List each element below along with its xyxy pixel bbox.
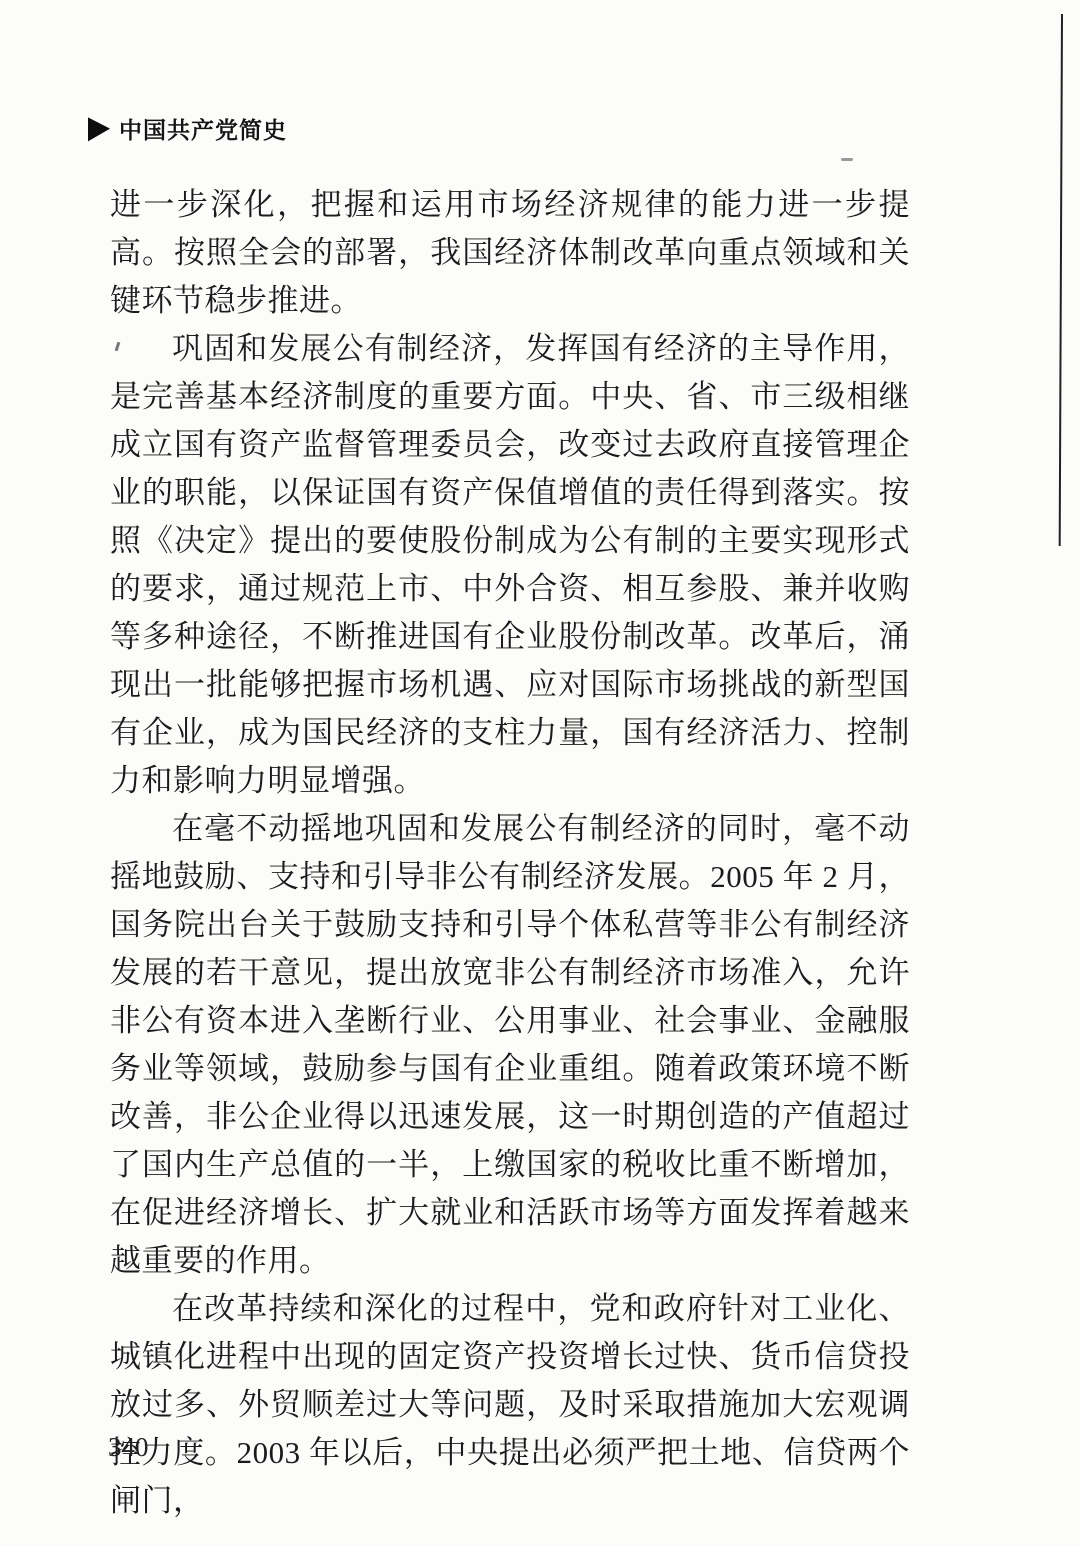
page-number: 340	[108, 1432, 149, 1463]
scan-artifact-edge-line	[1059, 14, 1063, 546]
book-title: 中国共产党简史	[119, 112, 287, 145]
scanned-book-page: 中国共产党简史 进一步深化，把握和运用市场经济规律的能力进一步提高。按照全会的部…	[0, 0, 1080, 1546]
right-triangle-icon	[88, 116, 110, 141]
paragraph: 在改革持续和深化的过程中，党和政府针对工业化、城镇化进程中出现的固定资产投资增长…	[110, 1285, 910, 1525]
scan-artifact-speck	[841, 158, 853, 161]
paragraph: 在毫不动摇地巩固和发展公有制经济的同时，毫不动摇地鼓励、支持和引导非公有制经济发…	[110, 805, 910, 1285]
running-head: 中国共产党简史	[88, 112, 287, 145]
paragraph: 进一步深化，把握和运用市场经济规律的能力进一步提高。按照全会的部署，我国经济体制…	[110, 181, 910, 325]
body-text: 进一步深化，把握和运用市场经济规律的能力进一步提高。按照全会的部署，我国经济体制…	[110, 181, 910, 1525]
paragraph: 巩固和发展公有制经济，发挥国有经济的主导作用，是完善基本经济制度的重要方面。中央…	[110, 325, 910, 805]
